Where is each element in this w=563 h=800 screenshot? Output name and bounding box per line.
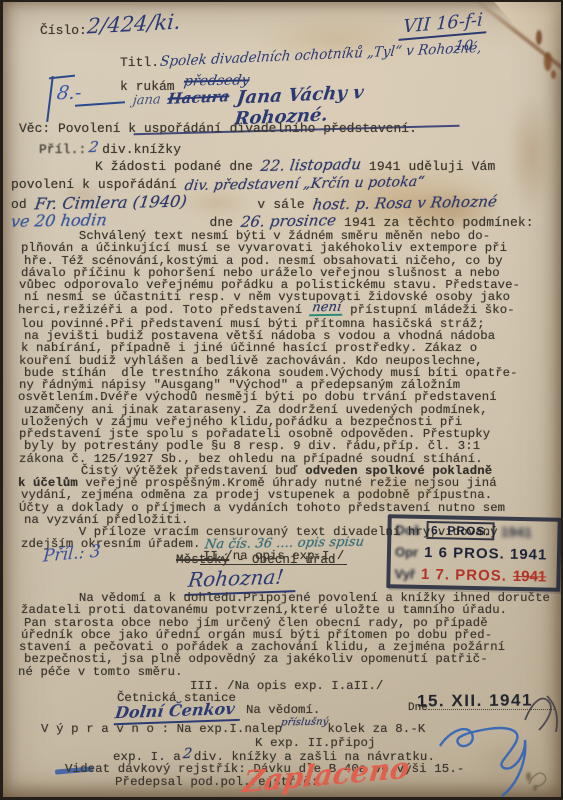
pen-scribble bbox=[519, 688, 561, 736]
document-page: Číslo: 2/424/ki. VII 16-f-i 10 Titl. Spo… bbox=[3, 2, 561, 797]
inserted-word-hw: není bbox=[309, 301, 344, 316]
struck-word: Městský bbox=[176, 553, 229, 567]
stamp-year-red: 1941 bbox=[513, 568, 547, 586]
file-number-label: Číslo: bbox=[40, 23, 87, 38]
grant-line-2: povolení k uspořádání div. představení „… bbox=[11, 178, 424, 191]
enclosure-line: Příl.:2div.knížky bbox=[39, 142, 181, 156]
section2-paragraph: Na vědomí a k dohledu.Připojené povolení… bbox=[19, 592, 550, 678]
corner-stain-spot bbox=[536, 30, 542, 45]
body-line: kouření budiž vyhlášen a bedlivě zachová… bbox=[19, 355, 520, 367]
stamp-row-label: Doš bbox=[395, 522, 420, 538]
body-line: hře. Též scénování,kostými a pod. nesmí … bbox=[24, 255, 520, 267]
dispatch-label: V ý p r a v n o : bbox=[41, 722, 169, 736]
dispatch-line-2: K exp. II.připoj bbox=[255, 737, 376, 749]
body-line: vydání, zejména odměna za prodej vstupen… bbox=[21, 489, 520, 501]
dispatch-line-1: V ý p r a v n o : Na exp.I.naleppříslušn… bbox=[41, 723, 425, 736]
grant-typed: povolení k uspořádání bbox=[11, 177, 185, 192]
file-number-value: 2/424/ki. bbox=[86, 9, 182, 38]
stamp-date: 6. PROS. bbox=[426, 521, 495, 540]
section2-addressee: Městský - Obecní úřad bbox=[176, 554, 336, 566]
grant-typed: K žádosti podané dne bbox=[95, 159, 261, 174]
paper-stain bbox=[508, 94, 554, 214]
ink-speck bbox=[526, 772, 531, 781]
play-title-hw: div. představení „Krčín u potoka“ bbox=[184, 176, 426, 192]
time-hw: ve 20 hodin bbox=[10, 214, 108, 228]
grant-typed: v sále bbox=[186, 197, 312, 212]
enclosure-label: Příl.: bbox=[39, 142, 86, 157]
body-line: k nabírání, případně i jiné účinné hasíc… bbox=[21, 342, 520, 354]
addressee-society: Spolek divadelních ochotníků „Tyl“ v Roh… bbox=[159, 40, 482, 70]
body-text: herci,režizéři a pod. Toto představení bbox=[18, 303, 310, 317]
body-line: plňován a účinkující musí se vyvarovati … bbox=[21, 242, 520, 254]
inserted-count-hw: 2 bbox=[182, 748, 193, 760]
grant-line-4: ve 20 hodin dne 26. prosince 1941 za těc… bbox=[11, 215, 534, 229]
fyi-note: Na vědomí. bbox=[246, 703, 320, 717]
stamp-row-received: Doš 6. PROS. 1941 bbox=[395, 520, 553, 541]
name-struck-word: Hacura bbox=[167, 87, 231, 108]
name-small-word: jana bbox=[132, 92, 162, 108]
dispatch-text: Na exp.I.nalep bbox=[169, 722, 282, 736]
enclosure-text: div.knížky bbox=[102, 142, 181, 157]
venue-hw: host. p. Rosa v Rohozné bbox=[312, 195, 498, 210]
body-line: žadateli proti datovanému potvrzení,kter… bbox=[21, 604, 550, 616]
enclosure-count-2: Příl.: 3 bbox=[42, 541, 101, 566]
body-line-with-insert: herci,režizéři a pod. Toto představení n… bbox=[18, 304, 520, 318]
titl-label: Titl. bbox=[120, 55, 159, 70]
perf-date-hw: 26. prosince bbox=[240, 214, 337, 228]
stamp-row-label: Vyř bbox=[394, 566, 415, 581]
body-text: přístupní mládeži ško- bbox=[343, 303, 515, 317]
author-hw: Fr. Cimlera (1940) bbox=[34, 196, 188, 211]
subject-line: Věc: Povolení k uspořádání divadelního p… bbox=[19, 121, 417, 136]
grant-line-3: od Fr. Cimlera (1940) v sále host. p. Ro… bbox=[11, 197, 497, 211]
body-line: uzamčeny ani jinak zataraseny. Za dodrže… bbox=[24, 404, 520, 416]
inserted-word-hw: příslušný bbox=[280, 717, 329, 730]
stamp-row-copied: Opr 1 6 PROS. 1941 bbox=[395, 543, 553, 563]
grant-line-1: K žádosti podané dne 22. listopadu 1941 … bbox=[95, 159, 495, 173]
body-line: osvětlením.Dvéře východů nesmějí býti po… bbox=[18, 391, 520, 403]
ink-speck bbox=[533, 785, 537, 791]
fee-annotation: 8.- bbox=[47, 76, 137, 126]
registry-stamp-box: Doš 6. PROS. 1941 Opr 1 6 PROS. 1941 Vyř… bbox=[386, 514, 561, 592]
fee-bracket-line bbox=[46, 76, 54, 122]
body-line: bezpečnosti, jsa plně odpovědný za jakék… bbox=[24, 653, 550, 665]
conditions-paragraph: Schválený text nesmí býti v žádném směru… bbox=[19, 230, 520, 551]
fee-dash bbox=[75, 101, 125, 106]
grant-typed: dne bbox=[107, 215, 241, 230]
body-line: Účty a doklady o příjmech a vydáních toh… bbox=[19, 502, 520, 514]
grant-typed: od bbox=[11, 197, 35, 212]
grant-date-hw: 22. listopadu bbox=[260, 158, 362, 172]
corner-stain-spot bbox=[544, 52, 552, 71]
grant-typed: 1941 uděluji Vám bbox=[361, 159, 495, 174]
stamp-row-dispatched: Vyř 1 7. PROS. 1941 bbox=[394, 565, 552, 585]
body-line: byly by potrestány podle §u 8 resp. 9 di… bbox=[24, 440, 520, 452]
enclosure-count: 2 bbox=[89, 141, 100, 153]
dispatch-text: kolek za 8.-K bbox=[327, 722, 425, 736]
body-line: Pan starosta obce nebo jím určený člen o… bbox=[24, 617, 550, 629]
corner-stain-spot bbox=[551, 70, 556, 79]
grant-typed: 1941 za těchto podmínek: bbox=[336, 215, 534, 230]
stamp-date: 1 6 PROS. 1941 bbox=[424, 544, 548, 564]
body-line: né péče v tomto směru. bbox=[18, 666, 550, 678]
registry-ref-code: VII 16-f-i bbox=[399, 9, 488, 41]
stamp-date-red: 1 7. PROS. bbox=[421, 566, 507, 585]
fee-value: 8.- bbox=[55, 82, 83, 104]
stamp-row-label: Opr bbox=[395, 544, 418, 559]
stamp-year: 1941 bbox=[501, 524, 532, 541]
